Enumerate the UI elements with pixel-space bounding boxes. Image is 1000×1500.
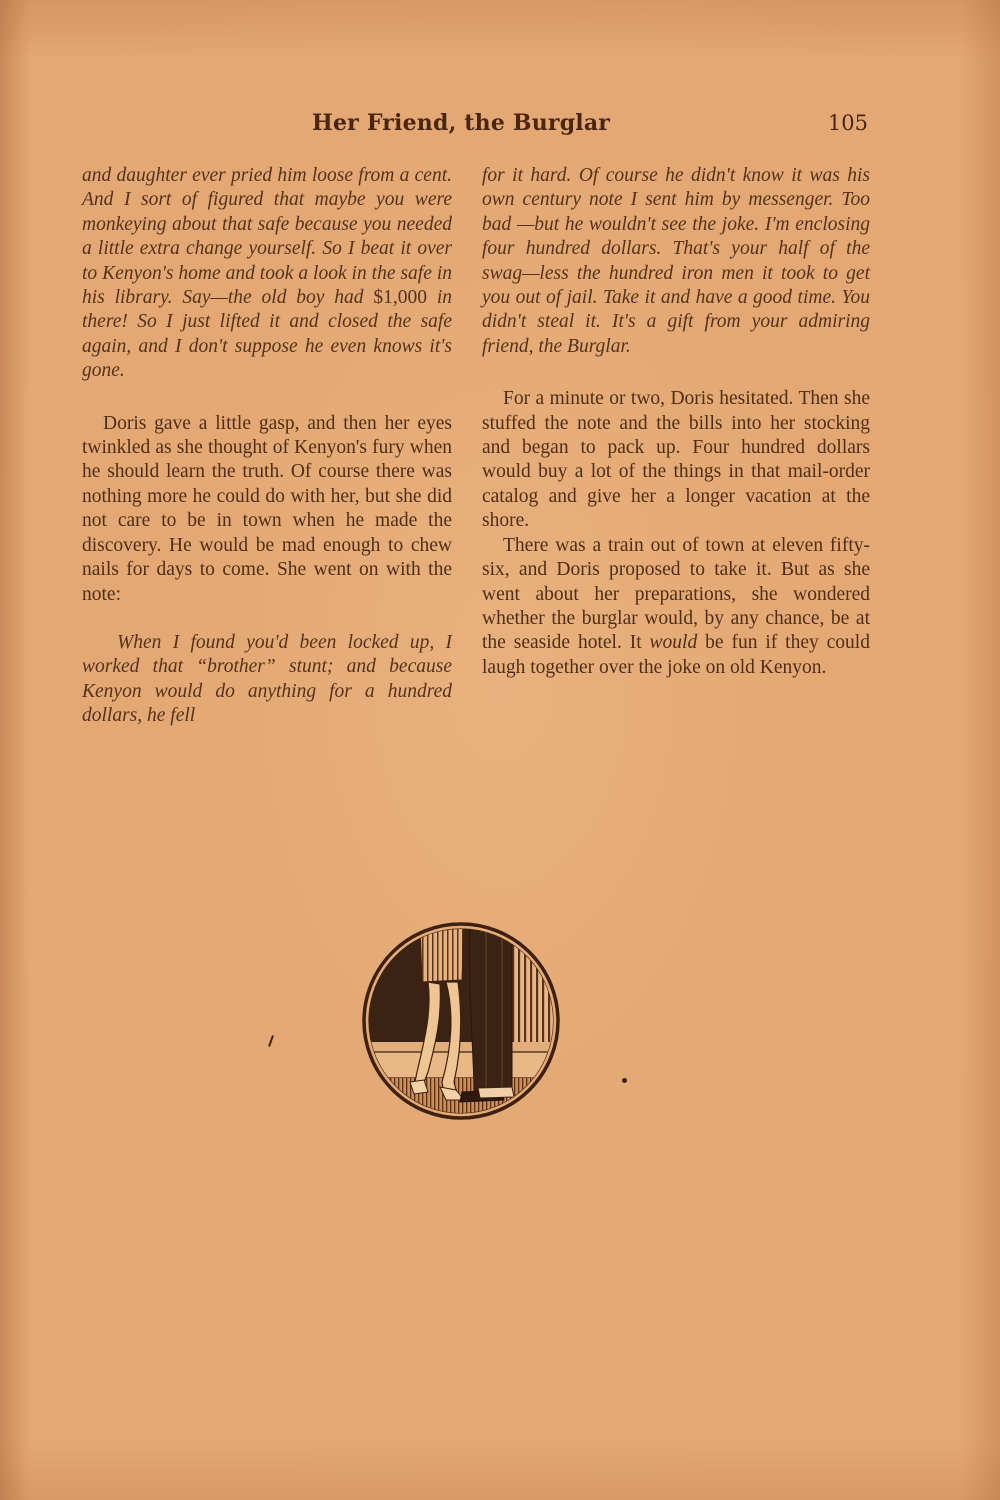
vignette-illustration xyxy=(362,922,560,1120)
narrative-paragraph: For a minute or two, Doris hesitated. Th… xyxy=(482,387,870,533)
running-head: Her Friend, the Burglar 105 xyxy=(312,110,868,146)
emphasis-text: would xyxy=(650,632,698,653)
paper-mark xyxy=(268,1035,274,1047)
right-column: for it hard. Of course he didn't know it… xyxy=(482,164,870,680)
book-page: Her Friend, the Burglar 105 and daughter… xyxy=(0,0,1000,1500)
letter-end: for it hard. Of course he didn't know it… xyxy=(482,164,870,359)
letter-continued: and daughter ever pried him loose from a… xyxy=(82,164,452,384)
left-column: and daughter ever pried him loose from a… xyxy=(82,164,452,729)
couple-legs-illustration-icon xyxy=(362,922,560,1120)
narrative-paragraph: There was a train out of town at eleven … xyxy=(482,534,870,680)
narrative-paragraph: Doris gave a little gasp, and then her e… xyxy=(82,412,452,607)
amount-text: $1,000 xyxy=(373,287,427,308)
paper-speck xyxy=(622,1078,627,1083)
running-title: Her Friend, the Burglar xyxy=(312,110,610,136)
letter-start: When I found you'd been locked up, I wor… xyxy=(82,631,452,729)
page-number: 105 xyxy=(828,111,868,135)
